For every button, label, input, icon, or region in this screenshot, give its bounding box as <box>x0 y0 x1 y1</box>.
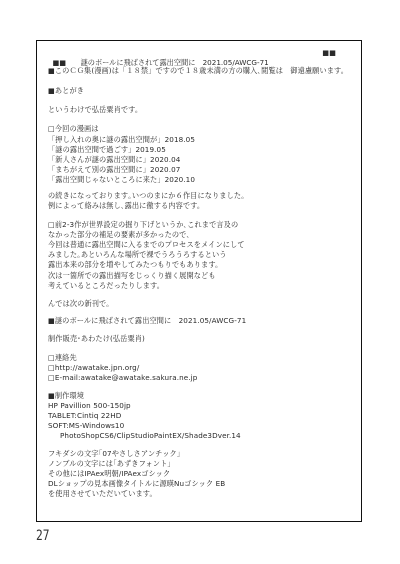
series-item: 「押し入れの奥に謎の露出空間が」2018.05 <box>48 135 195 145</box>
header-right-marks: ■■ <box>322 48 336 58</box>
font-credit: DLショップの見本画像タイトルに源暎Nuゴシック EB <box>48 479 225 489</box>
afterword-heading: ■あとがき <box>48 86 84 96</box>
series-item: 「露出空間じゃないところに来た」2020.10 <box>48 175 195 185</box>
age-notice: ■このＣＧ集(漫画)は「１８禁」ですので１８歳未満の方の購入､閲覧は 御遠慮願い… <box>48 66 348 76</box>
paragraph-line: の続きになっております｡いつのまにか６作目になりました。 <box>48 191 248 201</box>
font-credit: フキダシの文字｢07やさしさアンチック｣ <box>48 449 180 459</box>
environment-heading: ■制作環境 <box>48 391 84 401</box>
series-item: 「謎の露出空間で過ごす」2019.05 <box>48 145 166 155</box>
page-number: 27 <box>36 528 49 544</box>
font-credit: ノンブルの文字には｢あずきフォント｣ <box>48 459 171 469</box>
paragraph-line: みました｡あといろんな場所で裸でうろうろするという <box>48 250 227 260</box>
paragraph-line: なかった部分の補足の要素が多かったので､ <box>48 230 190 240</box>
environment-soft: SOFT:MS-Windows10 <box>48 421 124 431</box>
series-heading: □今回の漫画は <box>48 124 99 134</box>
intro-text: というわけで弘岳粟肖です。 <box>48 105 142 115</box>
paragraph-line: 例によって絡みは無し､露出に徹する内容です。 <box>48 201 204 211</box>
font-credit: を使用させていただいています。 <box>48 489 157 499</box>
paragraph-line: 露出本来の部分を増やしてみたつもりでもあります。 <box>48 260 222 270</box>
font-credit: その他にはIPAex明朝/IPAexゴシック <box>48 469 170 479</box>
series-item: 「新人さんが謎の露出空間に」2020.04 <box>48 155 180 165</box>
contact-heading: □連絡先 <box>48 353 77 363</box>
paragraph-line: □前2-3作が世界設定の掘り下げというか､これまで言及の <box>48 220 238 230</box>
website-link[interactable]: □http://awatake.jpn.org/ <box>48 363 139 373</box>
environment-tablet: TABLET:Cintiq 22HD <box>48 411 121 421</box>
email-link[interactable]: □E-mail:awatake@awatake.sakura.ne.jp <box>48 373 197 383</box>
series-item: 「まちがえて別の露出空間に」2020.07 <box>48 165 180 175</box>
paragraph-line: 次は一箇所での露出描写をじっくり描く展開なども <box>48 271 216 281</box>
producer-text: 制作販売･あわたけ(弘岳粟肖) <box>48 334 145 344</box>
colophon-title: ■謎のボールに飛ばされて露出空間に 2021.05/AWCG-71 <box>48 316 246 326</box>
environment-pc: HP Pavillion 500-150jp <box>48 401 131 411</box>
closing-text: んでは次の新刊で。 <box>48 299 113 309</box>
paragraph-line: 考えているところだったりします。 <box>48 281 164 291</box>
environment-apps: PhotoShopCS6/ClipStudioPaintEX/Shade3Dve… <box>48 431 241 441</box>
paragraph-line: 今回は普通に露出空間に入るまでのプロセスをメインにして <box>48 240 245 250</box>
